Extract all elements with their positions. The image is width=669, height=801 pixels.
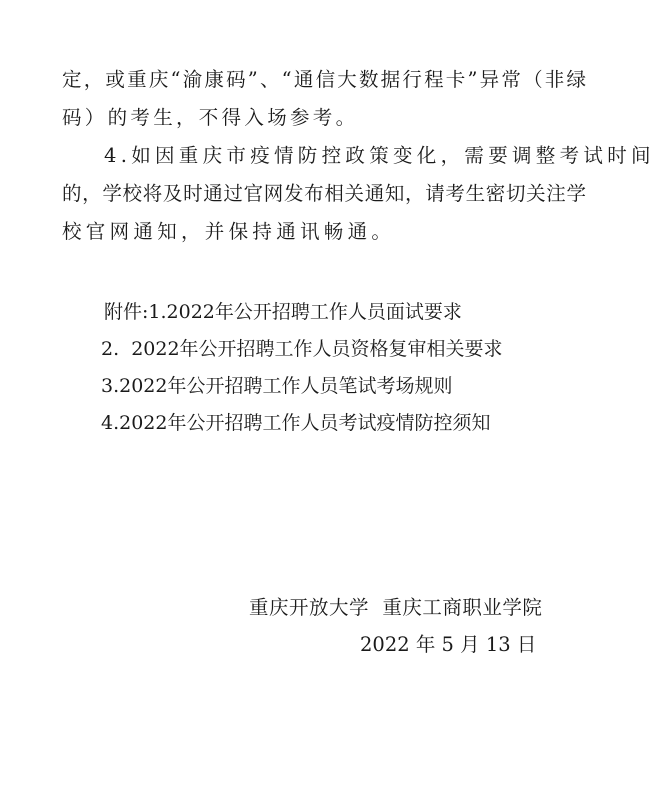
attachment-item: 4.2022年公开招聘工作人员考试疫情防控须知 — [101, 411, 490, 435]
paragraph-item-4: 4.如因重庆市疫情防控政策变化，需要调整考试时间 — [104, 144, 655, 168]
attachment-item: 2. 2022年公开招聘工作人员资格复审相关要求 — [101, 337, 503, 361]
document-page: 定，或重庆“渝康码”、“通信大数据行程卡”异常（非绿 码）的考生，不得入场参考。… — [0, 0, 669, 801]
attachment-item: 附件:1.2022年公开招聘工作人员面试要求 — [104, 300, 462, 324]
paragraph-line: 校官网通知，并保持通讯畅通。 — [62, 220, 395, 244]
paragraph-line: 的，学校将及时通过官网发布相关通知，请考生密切关注学 — [62, 182, 586, 206]
paragraph-line: 码）的考生，不得入场参考。 — [62, 106, 358, 130]
signature-organizations: 重庆开放大学 重庆工商职业学院 — [249, 596, 542, 620]
signature-date: 2022 年 5 月 13 日 — [360, 633, 536, 657]
attachment-item: 3.2022年公开招聘工作人员笔试考场规则 — [101, 374, 452, 398]
paragraph-line: 定，或重庆“渝康码”、“通信大数据行程卡”异常（非绿 — [62, 68, 586, 92]
